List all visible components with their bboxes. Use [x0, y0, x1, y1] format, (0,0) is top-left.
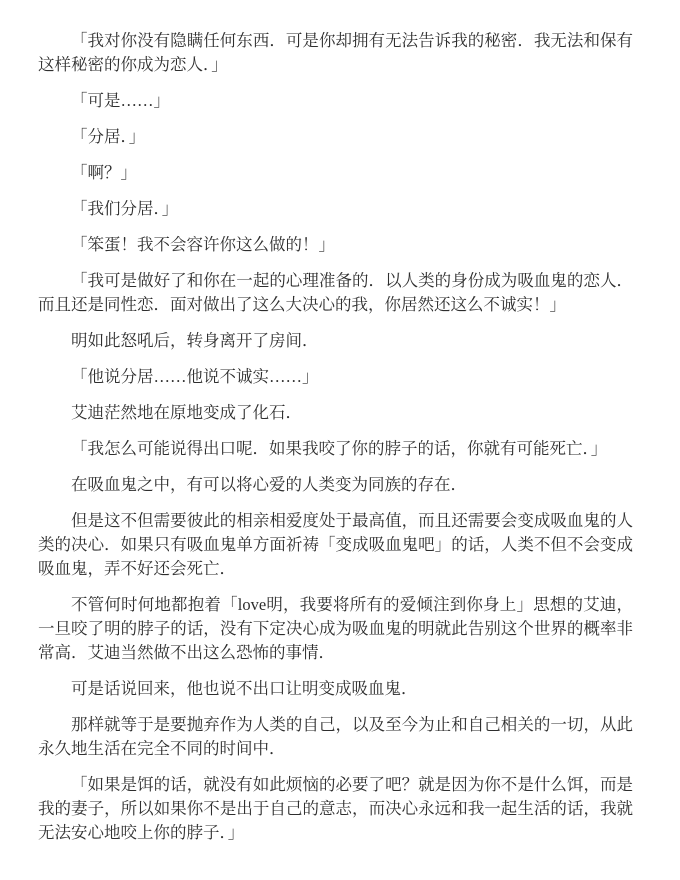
paragraph: 艾迪茫然地在原地变成了化石． [38, 401, 633, 425]
paragraph: 「啊？」 [38, 161, 633, 185]
paragraph: 「他说分居……他说不诚实……」 [38, 365, 633, 389]
paragraph: 但是这不但需要彼此的相亲相爱度处于最高值，而且还需要会变成吸血鬼的人类的决心．如… [38, 509, 633, 581]
paragraph: 在吸血鬼之中，有可以将心爱的人类变为同族的存在． [38, 473, 633, 497]
paragraph: 可是话说回来，他也说不出口让明变成吸血鬼． [38, 677, 633, 701]
novel-page: 「我对你没有隐瞒任何东西．可是你却拥有无法告诉我的秘密．我无法和保有这样秘密的你… [0, 0, 680, 880]
paragraph: 「笨蛋！我不会容许你这么做的！」 [38, 233, 633, 257]
paragraph: 明如此怒吼后，转身离开了房间． [38, 329, 633, 353]
paragraph: 「如果是饵的话，就没有如此烦恼的必要了吧？就是因为你不是什么饵，而是我的妻子，所… [38, 773, 633, 845]
paragraph: 「分居．」 [38, 125, 633, 149]
paragraph: 「我对你没有隐瞒任何东西．可是你却拥有无法告诉我的秘密．我无法和保有这样秘密的你… [38, 29, 633, 77]
paragraph: 「我可是做好了和你在一起的心理准备的．以人类的身份成为吸血鬼的恋人．而且还是同性… [38, 269, 633, 317]
paragraph: 不管何时何地都抱着「love明，我要将所有的爱倾注到你身上」思想的艾迪，一旦咬了… [38, 593, 633, 665]
paragraph: 「我们分居．」 [38, 197, 633, 221]
paragraph: 那样就等于是要抛弃作为人类的自己，以及至今为止和自己相关的一切，从此永久地生活在… [38, 713, 633, 761]
novel-text-body: 「我对你没有隐瞒任何东西．可是你却拥有无法告诉我的秘密．我无法和保有这样秘密的你… [38, 0, 633, 845]
paragraph: 「我怎么可能说得出口呢．如果我咬了你的脖子的话，你就有可能死亡．」 [38, 437, 633, 461]
paragraph: 「可是……」 [38, 89, 633, 113]
